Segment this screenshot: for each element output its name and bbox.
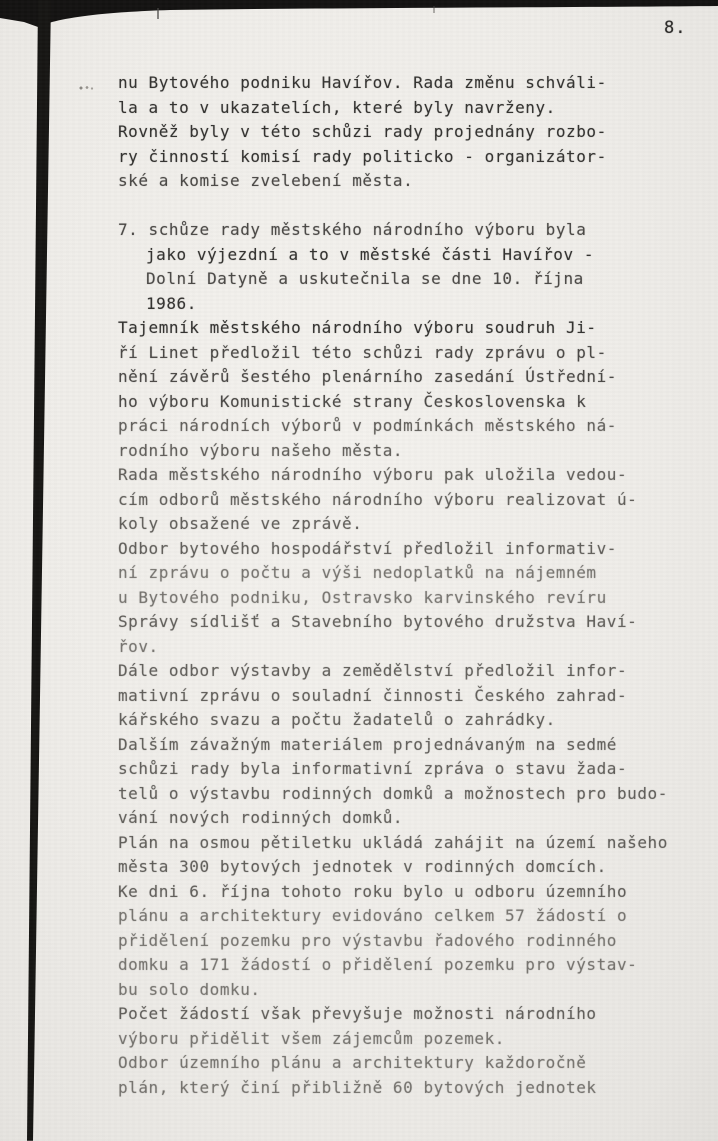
text-line: Odbor bytového hospodářství předložil in… [118,537,698,562]
text-line: Odbor územního plánu a architektury každ… [118,1051,698,1076]
text-line: Ke dni 6. října tohoto roku bylo u odbor… [118,880,698,905]
text-line: cím odborů městského národního výboru re… [118,488,698,513]
scan-artifact-tick [433,6,435,13]
scan-artifact-binding-edge [0,0,60,1141]
text-line: 7. schůze rady městského národního výbor… [118,218,698,243]
text-line: práci národních výborů v podmínkách měst… [118,414,698,439]
text-line: přidělení pozemku pro výstavbu řadového … [118,929,698,954]
text-line: plán, který činí přibližně 60 bytových j… [118,1076,698,1101]
text-line: Rada městského národního výboru pak ulož… [118,463,698,488]
text-line: ry činností komisí rady politicko - orga… [118,145,698,170]
text-line: města 300 bytových jednotek v rodinných … [118,855,698,880]
text-line: plánu a architektury evidováno celkem 57… [118,904,698,929]
text-line: Plán na osmou pětiletku ukládá zahájit n… [118,831,698,856]
text-line: rodního výboru našeho města. [118,439,698,464]
text-line: koly obsažené ve zprávě. [118,512,698,537]
text-line: ní zprávu o počtu a výši nedoplatků na n… [118,561,698,586]
text-line: ské a komise zvelebení města. [118,169,698,194]
text-line: la a to v ukazatelích, které byly navrže… [118,96,698,121]
text-line: vání nových rodinných domků. [118,806,698,831]
scan-artifact-smudge [78,86,94,90]
text-line: ří Linet předložil této schůzi rady zprá… [118,341,698,366]
page-number: 8. [664,18,686,38]
document-text: nu Bytového podniku Havířov. Rada změnu … [118,71,698,1100]
text-line [118,194,698,219]
text-line: domku a 171 žádostí o přidělení pozemku … [118,953,698,978]
text-line: Dále odbor výstavby a zemědělství předlo… [118,659,698,684]
text-line: Rovněž byly v této schůzi rady projednán… [118,120,698,145]
text-line: nu Bytového podniku Havířov. Rada změnu … [118,71,698,96]
text-line: 1986. [118,292,698,317]
text-line: kářského svazu a počtu žadatelů o zahrád… [118,708,698,733]
text-line: schůzi rady byla informativní zpráva o s… [118,757,698,782]
text-line: Dolní Datyně a uskutečnila se dne 10. ří… [118,267,698,292]
text-line: jako výjezdní a to v městské části Havíř… [118,243,698,268]
text-line: ho výboru Komunistické strany Českoslove… [118,390,698,415]
scan-artifact-top-edge [0,0,718,30]
text-line: Tajemník městského národního výboru soud… [118,316,698,341]
text-line: Dalším závažným materiálem projednávaným… [118,733,698,758]
text-line: Správy sídlišť a Stavebního bytového dru… [118,610,698,635]
text-line: telů o výstavbu rodinných domků a možnos… [118,782,698,807]
scanned-page: 8. nu Bytového podniku Havířov. Rada změ… [0,0,718,1141]
text-line: u Bytového podniku, Ostravsko karvinskéh… [118,586,698,611]
scan-artifact-tick [157,8,159,19]
text-line: výboru přidělit všem zájemcům pozemek. [118,1027,698,1052]
text-line: bu solo domku. [118,978,698,1003]
text-line: řov. [118,635,698,660]
text-line: mativní zprávu o souladní činnosti České… [118,684,698,709]
text-line: nění závěrů šestého plenárního zasedání … [118,365,698,390]
text-line: Počet žádostí však převyšuje možnosti ná… [118,1002,698,1027]
